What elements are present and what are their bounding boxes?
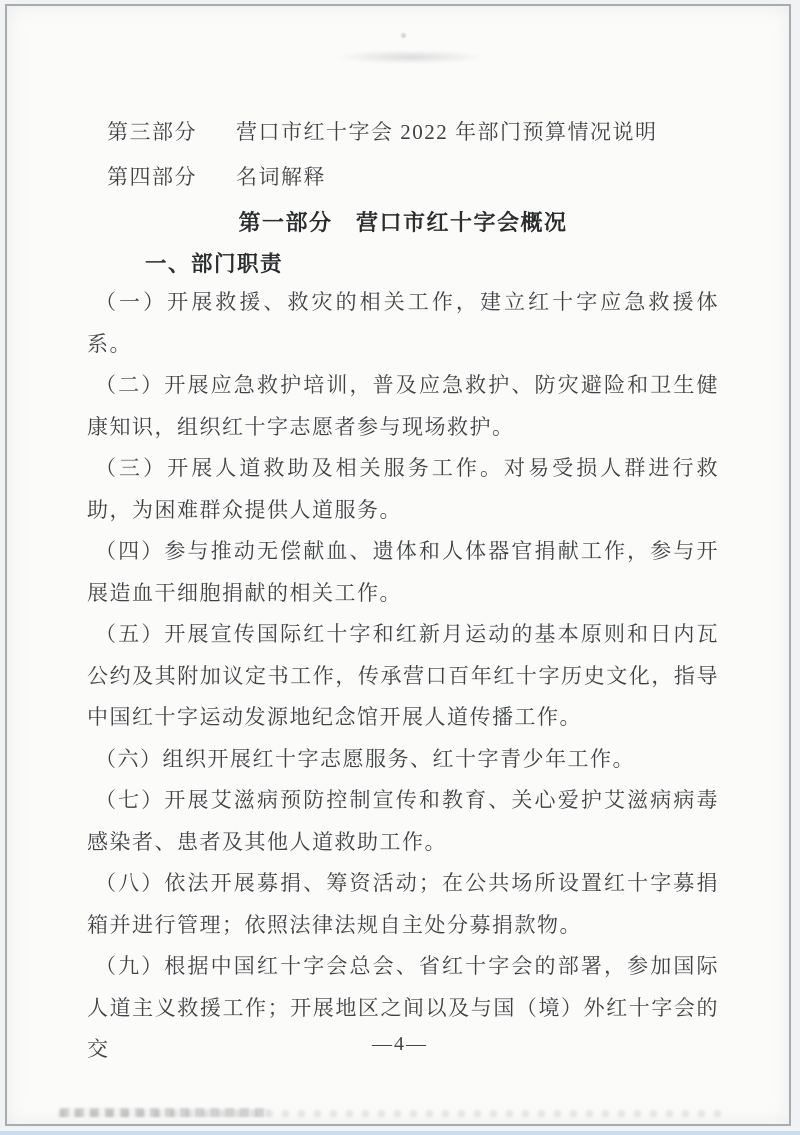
paragraph-item-7: （七）开展艾滋病预防控制宣传和教育、关心爱护艾滋病病毒感染者、患者及其他人道救助… — [87, 780, 719, 863]
paragraph-item-8: （八）依法开展募捐、筹资活动；在公共场所设置红十字募捐箱并进行管理；依照法律法规… — [87, 863, 719, 946]
page-content: 第三部分 营口市红十字会 2022 年部门预算情况说明 第四部分 名词解释 第一… — [87, 110, 719, 1071]
page-number: —4— — [0, 1030, 800, 1058]
scan-bottom-blue-edge — [0, 1131, 800, 1135]
section-heading-duties: 一、部门职责 — [87, 246, 719, 282]
paragraph-item-5: （五）开展宣传国际红十字和红新月运动的基本原则和日内瓦公约及其附加议定书工作，传… — [87, 614, 719, 739]
paragraph-item-2: （二）开展应急救护培训，普及应急救护、防灾避险和卫生健康知识，组织红十字志愿者参… — [87, 365, 719, 448]
paragraph-item-6: （六）组织开展红十字志愿服务、红十字青少年工作。 — [87, 739, 719, 781]
scan-artifact-speck — [401, 33, 406, 38]
paragraph-item-4: （四）参与推动无偿献血、遗体和人体器官捐献工作，参与开展造血干细胞捐献的相关工作… — [87, 531, 719, 614]
toc-part4-title: 名词解释 — [236, 155, 326, 200]
toc-line-part3: 第三部分 营口市红十字会 2022 年部门预算情况说明 — [87, 110, 719, 155]
paragraph-item-1: （一）开展救援、救灾的相关工作，建立红十字应急救援体系。 — [87, 282, 719, 365]
part-one-heading: 第一部分 营口市红十字会概况 — [87, 200, 719, 246]
toc-part3-label: 第三部分 — [107, 110, 197, 155]
toc-line-part4: 第四部分 名词解释 — [87, 155, 719, 200]
scan-artifact-bottom-smudge — [60, 1108, 270, 1117]
toc-part3-title: 营口市红十字会 2022 年部门预算情况说明 — [236, 110, 658, 155]
toc-part4-label: 第四部分 — [107, 155, 197, 200]
scan-frame: 第三部分 营口市红十字会 2022 年部门预算情况说明 第四部分 名词解释 第一… — [0, 0, 800, 1135]
scan-artifact-top-smudge — [335, 50, 485, 64]
document-page: 第三部分 营口市红十字会 2022 年部门预算情况说明 第四部分 名词解释 第一… — [5, 4, 791, 1126]
paragraph-item-3: （三）开展人道救助及相关服务工作。对易受损人群进行救助，为困难群众提供人道服务。 — [87, 448, 719, 531]
